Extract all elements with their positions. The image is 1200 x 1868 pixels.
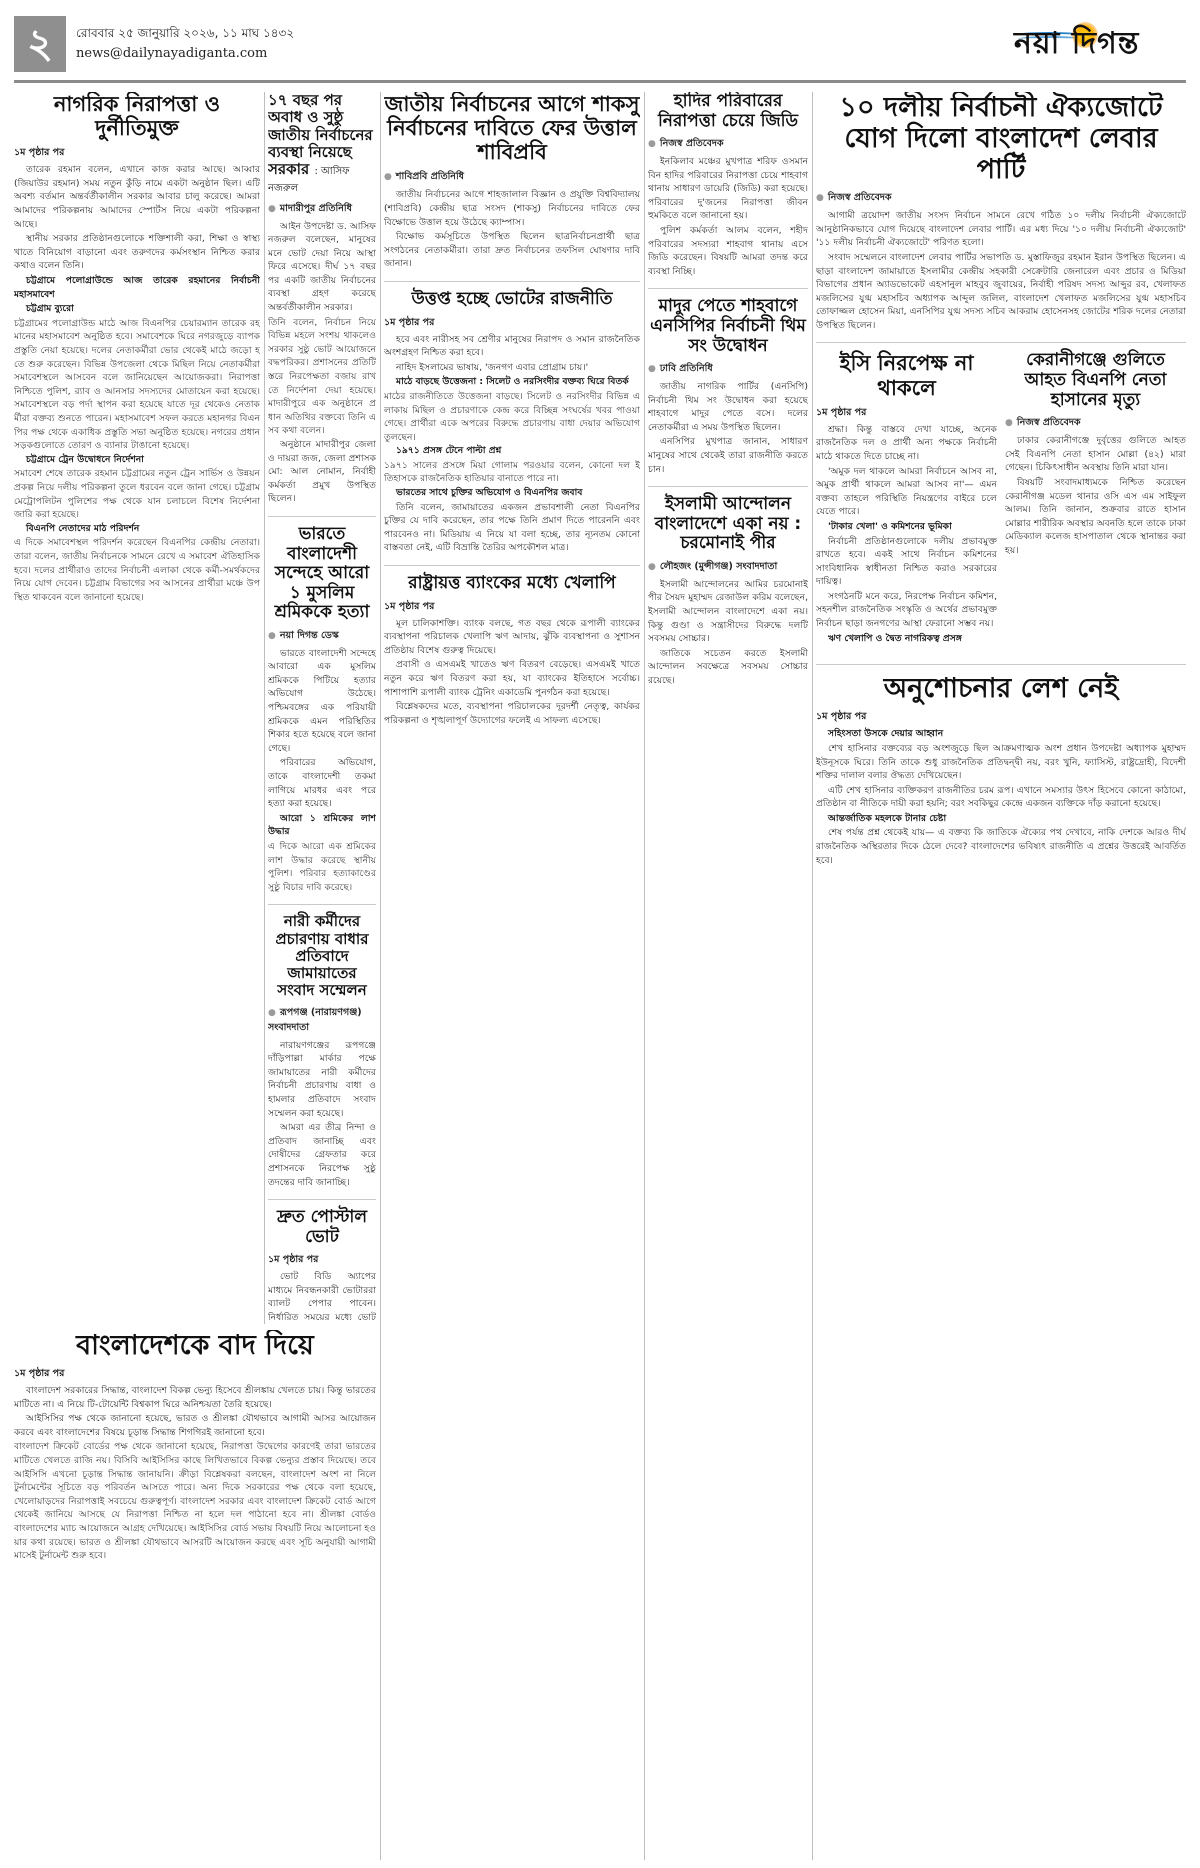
sub-heading: মাঠে বাড়ছে উত্তেজনা : সিলেট ও নরসিংদীর … bbox=[396, 376, 629, 387]
paragraph: তারেক রহমান বলেন, এখানে কাজ করার আছে। আব… bbox=[14, 163, 260, 231]
paragraph: আইন উপদেষ্টা ড. আসিফ নজরুল বলেছেন, মানুষ… bbox=[268, 220, 376, 315]
byline: নয়া দিগন্ত ডেস্ক bbox=[268, 629, 376, 644]
sub-heading: আরো ১ শ্রমিকের লাশ উদ্ধার bbox=[268, 813, 376, 838]
story-jamaat-press-conference: নারী কর্মীদের প্রচারণায় বাধার প্রতিবাদে… bbox=[268, 913, 376, 1189]
story-body: ইসলামী আন্দোলনের আমির চরমোনাই পীর সৈয়দ … bbox=[648, 578, 808, 688]
paragraph: বিশ্লেষকদের মতে, ব্যবস্থাপনা পরিচালকের দ… bbox=[384, 700, 640, 727]
byline: লৌহজং (মুন্সীগঞ্জ) সংবাদদাতা bbox=[648, 560, 808, 575]
story-body: জাতীয় নাগরিক পার্টির (এনসিপি) নির্বাচনী… bbox=[648, 380, 808, 476]
sub-heading: বিএনপি নেতাদের মাঠ পরিদর্শন bbox=[26, 523, 139, 534]
continuation-label: ১ম পৃষ্ঠার পর bbox=[384, 316, 640, 331]
story-headline[interactable]: অনুশোচনার লেশ নেই bbox=[816, 673, 1186, 704]
story-divider bbox=[816, 342, 1186, 343]
story-headline[interactable]: নারী কর্মীদের প্রচারণায় বাধার প্রতিবাদে… bbox=[268, 913, 376, 999]
paragraph: সংগঠনটি মনে করে, নিরপেক্ষ নির্বাচন কমিশন… bbox=[816, 590, 997, 631]
paragraph: জাতীয় নির্বাচনের আগে শাহজালাল বিজ্ঞান ও… bbox=[384, 188, 640, 229]
byline: ঢাবি প্রতিনিধি bbox=[648, 362, 808, 377]
story-divider bbox=[384, 281, 640, 282]
logo-text: নয়া দিগন্ত bbox=[1014, 19, 1139, 70]
continuation-label: ১ম পৃষ্ঠার পর bbox=[14, 146, 260, 161]
story-headline[interactable]: জাতীয় নির্বাচনের আগে শাকসু নির্বাচনের দ… bbox=[384, 92, 640, 164]
paragraph: প্রবাসী ও এসএমই খাতেও ঋণ বিতরণ বেড়েছে। … bbox=[384, 658, 640, 699]
page-number: ২ bbox=[14, 16, 66, 72]
byline: শাবিপ্রবি প্রতিনিধি bbox=[384, 170, 640, 185]
publication-date: রোববার ২৫ জানুয়ারি ২০২৬, ১১ মাঘ ১৪৩২ bbox=[76, 25, 294, 45]
story-divider bbox=[384, 565, 640, 566]
paragraph: জাতিকে সচেতন করতে ইসলামী আন্দোলন সবক্ষেত… bbox=[648, 647, 808, 688]
story-headline[interactable]: হাদির পরিবারের নিরাপত্তা চেয়ে জিডি bbox=[648, 92, 808, 131]
story-body-continued: চট্টগ্রামের পলোগ্রাউন্ড মাঠে আজ বিএনপির … bbox=[14, 317, 260, 453]
story-headline[interactable]: ইসি নিরপেক্ষ না থাকলে bbox=[816, 351, 997, 399]
paragraph: সংবাদ সম্মেলনে বাংলাদেশ লেবার পার্টির সভ… bbox=[816, 251, 1186, 333]
story-body: জাতীয় নির্বাচনের আগে শাহজালাল বিজ্ঞান ও… bbox=[384, 188, 640, 271]
sub-heading: চট্টগ্রাম ব্যুরো bbox=[26, 303, 74, 314]
paragraph: পুলিশ কর্মকর্তা আলম বলেন, শহীদ পরিবারের … bbox=[648, 224, 808, 278]
story-headline[interactable]: ইসলামী আন্দোলন বাংলাদেশে একা নয় : চরমোন… bbox=[648, 495, 808, 554]
story-body: শ্রদ্ধা। কিন্তু বাস্তবে দেখা যাচ্ছে, অনে… bbox=[816, 423, 997, 646]
story-labour-party-alliance: ১০ দলীয় নির্বাচনী ঐক্যজোটে যোগ দিলো বাং… bbox=[816, 92, 1186, 332]
paragraph: আইসিসির পক্ষ থেকে জানানো হয়েছে, ভারত ও … bbox=[14, 1412, 376, 1439]
paragraph: অনুষ্ঠানে মাদারীপুর জেলা ও দায়রা জজ, জে… bbox=[268, 438, 376, 506]
paragraph: পরিবারের অভিযোগ, তাকে বাংলাদেশী তকমা লাগ… bbox=[268, 756, 376, 810]
paragraph: নাহিদ ইসলামের ভাষায়, 'জনগণ এবার প্রোগ্র… bbox=[384, 361, 640, 375]
story-divider bbox=[268, 516, 376, 517]
paragraph: মূল চালিকাশক্তি। ব্যাংক বলছে, গত বছর থেক… bbox=[384, 617, 640, 658]
masthead: ২ রোববার ২৫ জানুয়ারি ২০২৬, ১১ মাঘ ১৪৩২ … bbox=[0, 0, 1200, 80]
story-postal-vote: দ্রুত পোস্টাল ভোট ১ম পৃষ্ঠার পর ভোট বিডি… bbox=[268, 1208, 376, 1324]
sub-heading: সহিংসতা উসকে দেয়ার আহ্বান bbox=[828, 728, 943, 739]
continuation-label: ১ম পৃষ্ঠার পর bbox=[268, 1253, 376, 1268]
paragraph: শেখ হাসিনার বক্তব্যের বড় অংশজুড়ে ছিল আ… bbox=[816, 742, 1186, 783]
story-headline[interactable]: ১৭ বছর পর অবাধ ও সুষ্ঠু জাতীয় নির্বাচনে… bbox=[268, 92, 376, 196]
column-5: হাদির পরিবারের নিরাপত্তা চেয়ে জিডি নিজস… bbox=[648, 92, 808, 1860]
paragraph: এনসিপির মুখপাত্র জানান, সাধারণ মানুষের স… bbox=[648, 435, 808, 476]
story-bangladesh-bad-diye: বাংলাদেশকে বাদ দিয়ে ১ম পৃষ্ঠার পর বাংলা… bbox=[14, 1330, 376, 1563]
story-nagorik-nirapotta: নাগরিক নিরাপত্তা ও দুর্নীতিমুক্ত ১ম পৃষ্… bbox=[14, 92, 260, 604]
story-body-continued: বাংলাদেশ ক্রিকেট বোর্ডের পক্ষ থেকে জানান… bbox=[14, 1440, 376, 1562]
paragraph: হবে এবং নারীসহ সব শ্রেণীর মানুষের নিরাপদ… bbox=[384, 333, 640, 360]
story-headline[interactable]: কেরানীগঞ্জে গুলিতে আহত বিএনপি নেতা হাসান… bbox=[1005, 351, 1186, 410]
story-state-bank-defaults: রাষ্ট্রায়ত্ত ব্যাংকের মধ্যে খেলাপি ১ম প… bbox=[384, 574, 640, 727]
paragraph: শেষ পর্যন্ত প্রশ্ন থেকেই যায়— এ বক্তব্য… bbox=[816, 826, 1186, 867]
paragraph: এটি শেখ হাসিনার ব্যক্তিকরণ রাজনীতির চরম … bbox=[816, 784, 1186, 811]
sub-heading: চট্টগ্রামে পলোগ্রাউন্ডে আজ তারেক রহমানের… bbox=[14, 275, 260, 300]
story-divider bbox=[648, 288, 808, 289]
newspaper-logo[interactable]: নয়া দিগন্ত bbox=[1014, 22, 1174, 70]
story-hadi-family-gd: হাদির পরিবারের নিরাপত্তা চেয়ে জিডি নিজস… bbox=[648, 92, 808, 278]
story-body-continued: সমাবেশ শেষে তারেক রহমান চট্টগ্রামের নতুন… bbox=[14, 467, 260, 521]
story-headline[interactable]: মাদুর পেতে শাহবাগে এনসিপির নির্বাচনী থিম… bbox=[648, 297, 808, 356]
column-divider bbox=[380, 92, 381, 1860]
continuation-label: ১ম পৃষ্ঠার পর bbox=[14, 1367, 376, 1382]
paragraph: বিক্ষোভ কর্মসূচিতে উপস্থিত ছিলেন ছাত্রনি… bbox=[384, 230, 640, 271]
story-body: ঢাকার কেরানীগঞ্জে দুর্বৃত্তের গুলিতে আহত… bbox=[1005, 434, 1186, 557]
paragraph: ইনকিলাব মঞ্চের মুখপাত্র শরিফ ওসমান বিন হ… bbox=[648, 155, 808, 223]
story-ncp-theme-song: মাদুর পেতে শাহবাগে এনসিপির নির্বাচনী থিম… bbox=[648, 297, 808, 476]
story-body: বাংলাদেশ সরকারের সিদ্ধান্ত, বাংলাদেশ বিক… bbox=[14, 1384, 376, 1563]
paragraph: জাতীয় নাগরিক পার্টির (এনসিপি) নির্বাচনী… bbox=[648, 380, 808, 434]
story-body: ইনকিলাব মঞ্চের মুখপাত্র শরিফ ওসমান বিন হ… bbox=[648, 155, 808, 278]
paragraph: তিনি বলেন, জামায়াতের একজন প্রভাবশালী নে… bbox=[384, 501, 640, 555]
sub-heading: 'টাকার খেলা' ও কমিশনের ভূমিকা bbox=[828, 521, 952, 532]
column-1: নাগরিক নিরাপত্তা ও দুর্নীতিমুক্ত ১ম পৃষ্… bbox=[14, 92, 260, 1324]
story-body-continued: এ দিকে আরো এক শ্রমিকের লাশ উদ্ধার করেছে … bbox=[268, 840, 376, 894]
story-divider bbox=[268, 904, 376, 905]
story-headline[interactable]: দ্রুত পোস্টাল ভোট bbox=[268, 1208, 376, 1247]
story-body-continued: ১৯৭১ সালের প্রসঙ্গে মিয়া গোলাম পরওয়ার … bbox=[384, 459, 640, 486]
story-no-remorse: অনুশোচনার লেশ নেই ১ম পৃষ্ঠার পর সহিংসতা … bbox=[816, 673, 1186, 867]
story-islami-andolon: ইসলামী আন্দোলন বাংলাদেশে একা নয় : চরমোন… bbox=[648, 495, 808, 687]
story-headline[interactable]: নাগরিক নিরাপত্তা ও দুর্নীতিমুক্ত bbox=[14, 92, 260, 140]
paragraph: ঢাকার কেরানীগঞ্জে দুর্বৃত্তের গুলিতে আহত… bbox=[1005, 434, 1186, 475]
story-body-continued: মাঠের রাজনীতিতে উত্তেজনা বাড়ছে। সিলেট ও… bbox=[384, 390, 640, 444]
column-3: জাতীয় নির্বাচনের আগে শাকসু নির্বাচনের দ… bbox=[384, 92, 640, 1860]
story-headline[interactable]: ১০ দলীয় নির্বাচনী ঐক্যজোটে যোগ দিলো বাং… bbox=[816, 92, 1186, 185]
story-shakshu-election: জাতীয় নির্বাচনের আগে শাকসু নির্বাচনের দ… bbox=[384, 92, 640, 271]
story-headline[interactable]: রাষ্ট্রায়ত্ত ব্যাংকের মধ্যে খেলাপি bbox=[384, 574, 640, 594]
sub-heading: ঋণ খেলাপি ও দ্বৈত নাগরিকত্ব প্রসঙ্গ bbox=[828, 633, 962, 644]
sub-heading: চট্টগ্রামে ট্রেন উদ্বোধনে নির্দেশনা bbox=[26, 454, 144, 465]
story-row: ইসি নিরপেক্ষ না থাকলে ১ম পৃষ্ঠার পর শ্রদ… bbox=[816, 351, 1186, 656]
story-keraniganj-bnp: কেরানীগঞ্জে গুলিতে আহত বিএনপি নেতা হাসান… bbox=[1005, 351, 1186, 646]
sub-heading: ১৯৭১ প্রসঙ্গ টেনে পাল্টা প্রশ্ন bbox=[396, 445, 501, 456]
paragraph: আমরা এর তীব্র নিন্দা ও প্রতিবাদ জানাচ্ছি… bbox=[268, 1121, 376, 1189]
story-body: মূল চালিকাশক্তি। ব্যাংক বলছে, গত বছর থেক… bbox=[384, 617, 640, 728]
continuation-label: ১ম পৃষ্ঠার পর bbox=[816, 406, 997, 421]
continuation-label: ১ম পৃষ্ঠার পর bbox=[816, 710, 1186, 725]
story-body-continued: এ দিকে সমাবেশস্থল পরিদর্শন করেছেন বিএনপি… bbox=[14, 536, 260, 604]
paragraph: বিষয়টি সংবাদমাধ্যমকে নিশ্চিত করেছেন কের… bbox=[1005, 476, 1186, 558]
byline: মাদারীপুর প্রতিনিধি bbox=[268, 202, 376, 217]
contact-email[interactable]: news@dailynayadiganta.com bbox=[76, 46, 267, 61]
paragraph: ভারতে বাংলাদেশী সন্দেহে আবারো এক মুসলিম … bbox=[268, 647, 376, 756]
story-headline[interactable]: উত্তপ্ত হচ্ছে ভোটের রাজনীতি bbox=[384, 290, 640, 310]
paragraph: নির্বাচনী প্রতিষ্ঠানগুলোকে দলীয় প্রভাবম… bbox=[816, 535, 997, 589]
story-divider bbox=[648, 486, 808, 487]
story-body: তারেক রহমান বলেন, এখানে কাজ করার আছে। আব… bbox=[14, 163, 260, 604]
column-right: ১০ দলীয় নির্বাচনী ঐক্যজোটে যোগ দিলো বাং… bbox=[816, 92, 1186, 1860]
byline: নিজস্ব প্রতিবেদক bbox=[816, 191, 1186, 206]
paragraph: আগামী ত্রয়োদশ জাতীয় সংসদ নির্বাচন সামন… bbox=[816, 209, 1186, 250]
story-divider bbox=[268, 1199, 376, 1200]
paragraph: শ্রদ্ধা। কিন্তু বাস্তবে দেখা যাচ্ছে, অনে… bbox=[816, 423, 997, 464]
story-body: নারায়ণগঞ্জের রূপগঞ্জে দাঁড়িপাল্লা মার্… bbox=[268, 1039, 376, 1190]
byline: নিজস্ব প্রতিবেদক bbox=[1005, 416, 1186, 431]
story-headline[interactable]: বাংলাদেশকে বাদ দিয়ে bbox=[14, 1330, 376, 1361]
story-body: ভারতে বাংলাদেশী সন্দেহে আবারো এক মুসলিম … bbox=[268, 647, 376, 895]
paragraph: বাংলাদেশ সরকারের সিদ্ধান্ত, বাংলাদেশ বিক… bbox=[14, 1384, 376, 1411]
column-divider bbox=[644, 92, 645, 1860]
paragraph: ইসলামী আন্দোলনের আমির চরমোনাই পীর সৈয়দ … bbox=[648, 578, 808, 646]
byline: নিজস্ব প্রতিবেদক bbox=[648, 137, 808, 152]
byline: রূপগঞ্জ (নারায়ণগঞ্জ) সংবাদদাতা bbox=[268, 1006, 376, 1036]
paragraph: 'অমুক দল থাকলে আমরা নির্বাচনে আসব না, অম… bbox=[816, 465, 997, 519]
story-body: আইন উপদেষ্টা ড. আসিফ নজরুল বলেছেন, মানুষ… bbox=[268, 220, 376, 506]
story-divider bbox=[816, 664, 1186, 665]
sub-heading: আন্তর্জাতিক মহলকে টানার চেষ্টা bbox=[828, 813, 946, 824]
column-2: ১৭ বছর পর অবাধ ও সুষ্ঠু জাতীয় নির্বাচনে… bbox=[268, 92, 376, 1324]
paragraph: ভোট বিডি অ্যাপের মাধ্যমে নিবন্ধনকারী ভোট… bbox=[268, 1270, 376, 1324]
story-body: আগামী ত্রয়োদশ জাতীয় সংসদ নির্বাচন সামন… bbox=[816, 209, 1186, 332]
column-divider bbox=[812, 92, 813, 1860]
masthead-divider bbox=[14, 80, 1186, 83]
sub-heading: ভারতের সাথে চুক্তির অভিযোগ ও বিএনপির জবা… bbox=[396, 487, 582, 498]
story-vote-politics: উত্তপ্ত হচ্ছে ভোটের রাজনীতি ১ম পৃষ্ঠার প… bbox=[384, 290, 640, 555]
paragraph: নারায়ণগঞ্জের রূপগঞ্জে দাঁড়িপাল্লা মার্… bbox=[268, 1039, 376, 1121]
continuation-label: ১ম পৃষ্ঠার পর bbox=[384, 600, 640, 615]
story-india-worker-killed: ভারতে বাংলাদেশী সন্দেহে আরো ১ মুসলিম শ্র… bbox=[268, 525, 376, 894]
story-asif-nazrul: ১৭ বছর পর অবাধ ও সুষ্ঠু জাতীয় নির্বাচনে… bbox=[268, 92, 376, 506]
story-body-continued: তিনি বলেন, নির্বাচন নিয়ে বিভিন্ন মহলে স… bbox=[268, 316, 376, 438]
column-divider bbox=[264, 92, 265, 1324]
story-body: ভোট বিডি অ্যাপের মাধ্যমে নিবন্ধনকারী ভোট… bbox=[268, 1270, 376, 1324]
story-body: সহিংসতা উসকে দেয়ার আহ্বান শেখ হাসিনার ব… bbox=[816, 727, 1186, 867]
story-body: হবে এবং নারীসহ সব শ্রেণীর মানুষের নিরাপদ… bbox=[384, 333, 640, 556]
story-headline[interactable]: ভারতে বাংলাদেশী সন্দেহে আরো ১ মুসলিম শ্র… bbox=[268, 525, 376, 623]
paragraph: স্থানীয় সরকার প্রতিষ্ঠানগুলোকে শক্তিশাল… bbox=[14, 232, 260, 273]
story-ec-neutral: ইসি নিরপেক্ষ না থাকলে ১ম পৃষ্ঠার পর শ্রদ… bbox=[816, 351, 997, 646]
column-1-bottom: বাংলাদেশকে বাদ দিয়ে ১ম পৃষ্ঠার পর বাংলা… bbox=[14, 1330, 376, 1860]
